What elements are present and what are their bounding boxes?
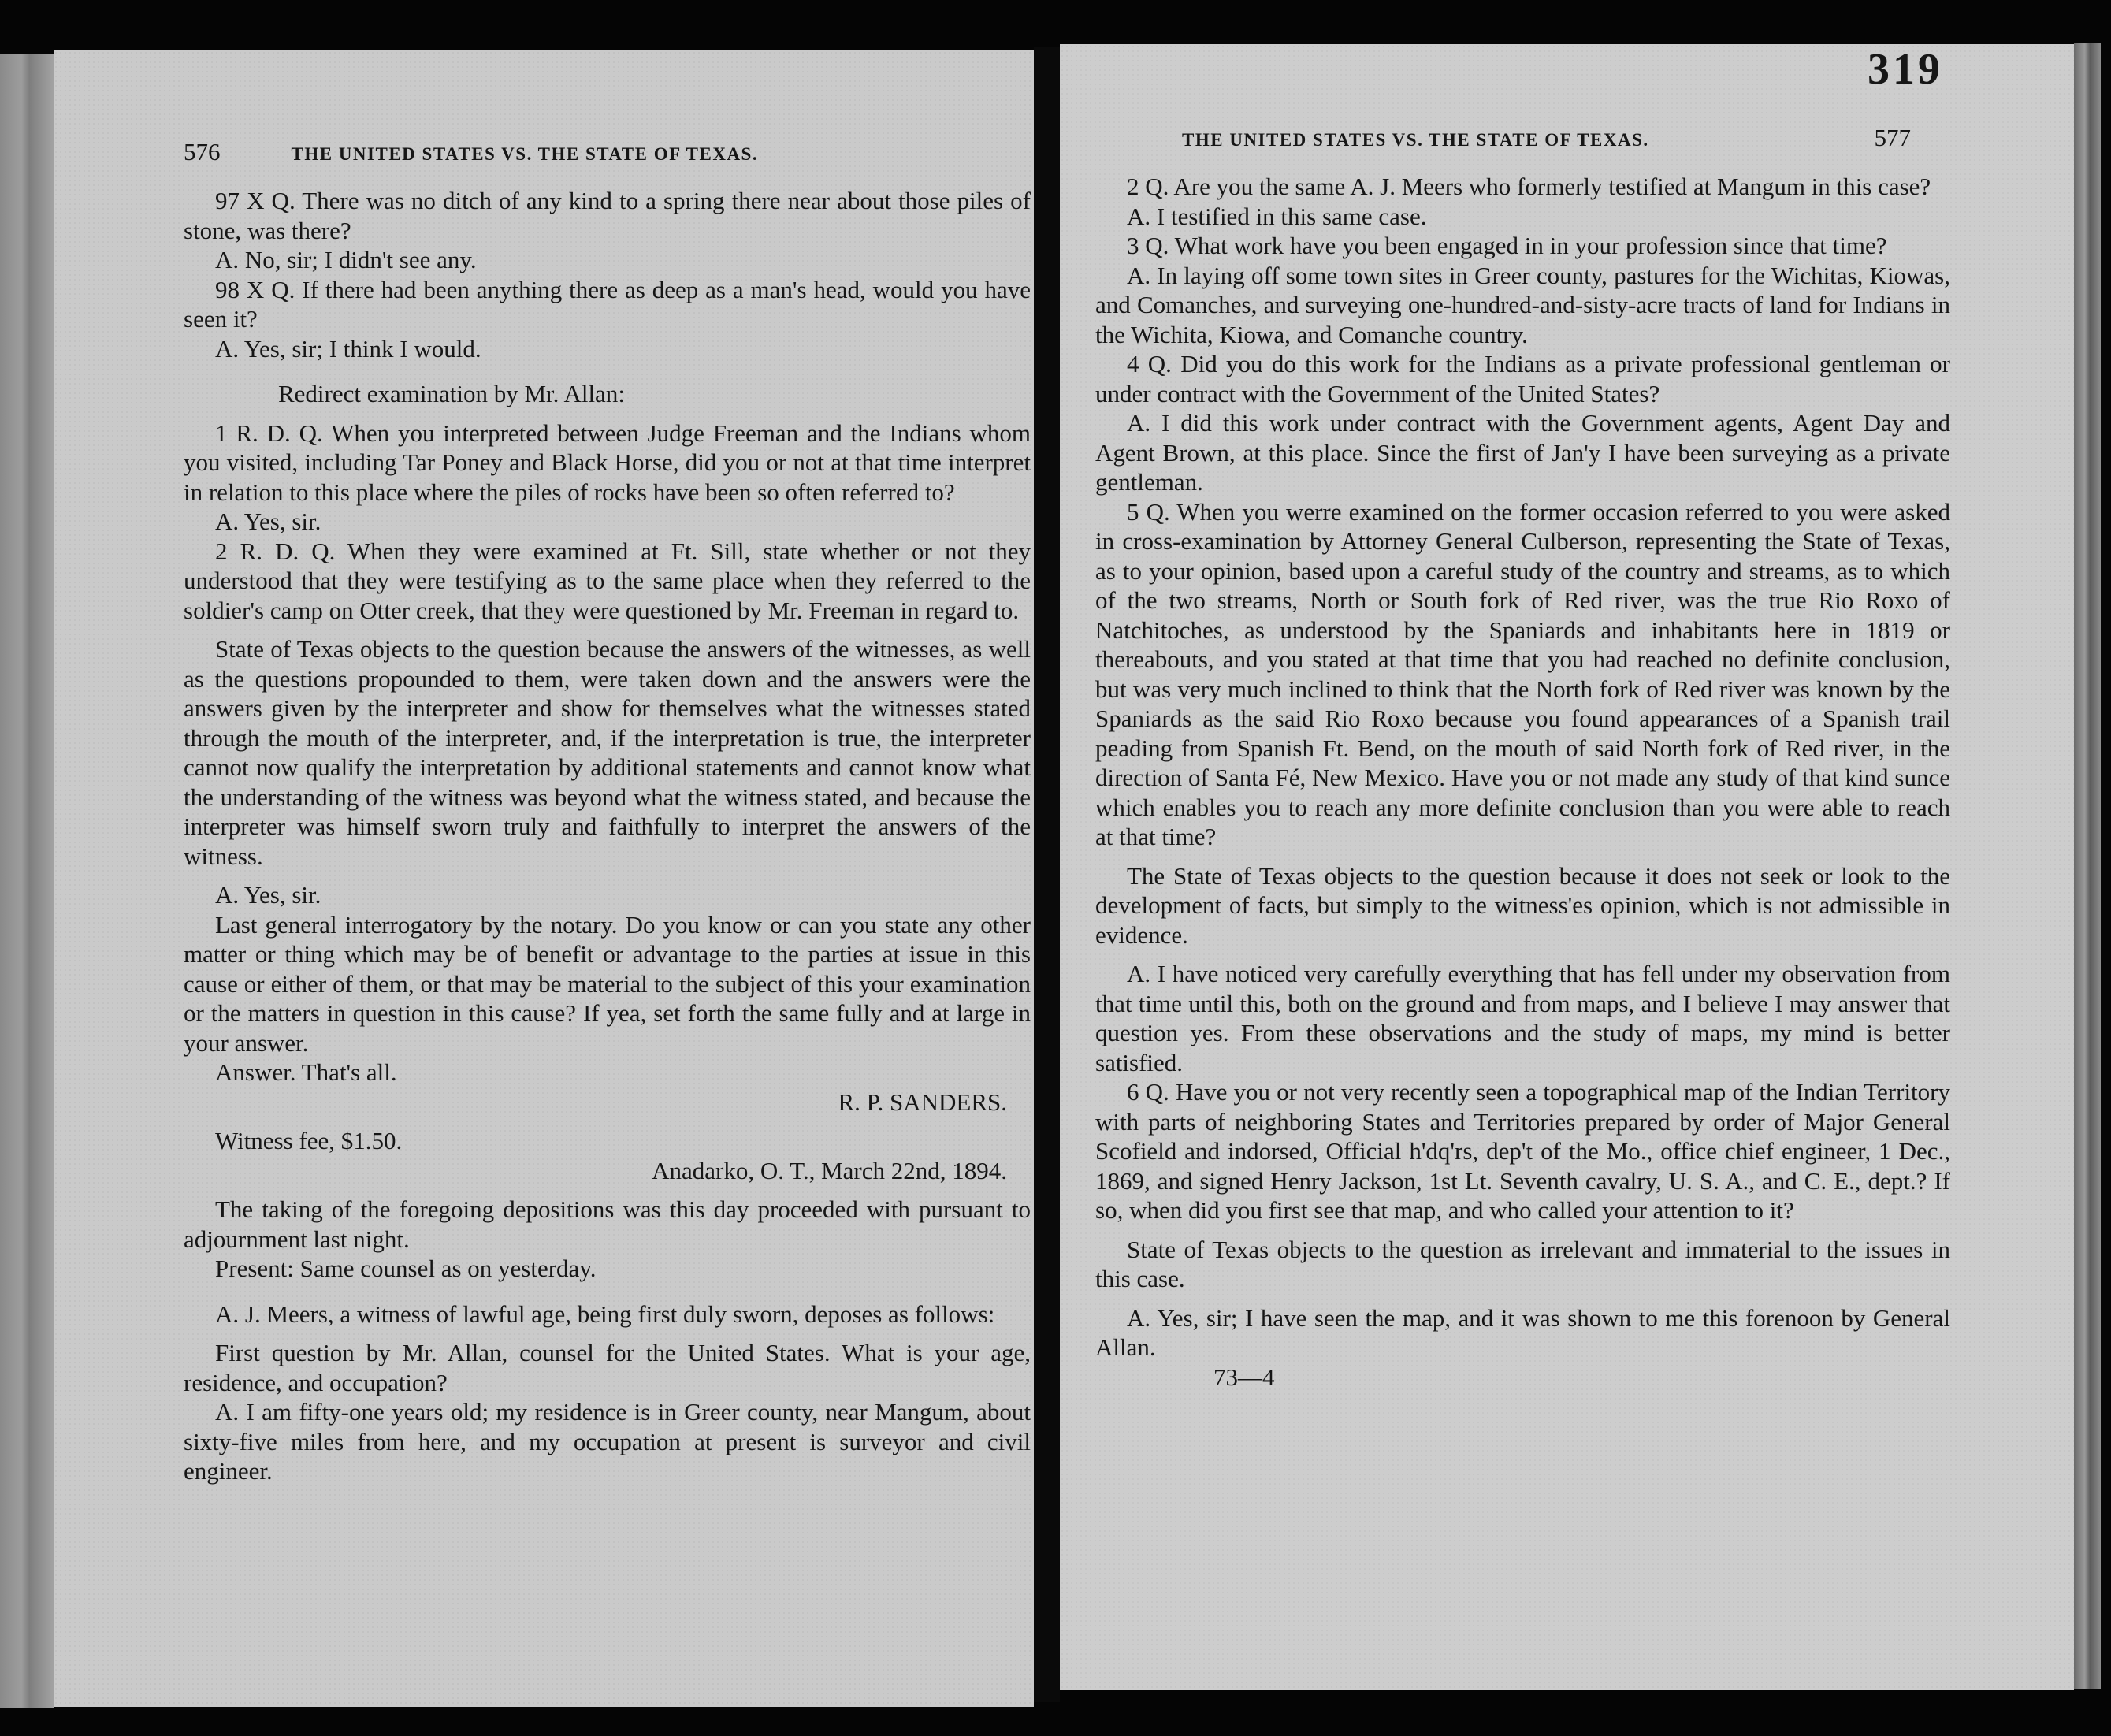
left-page-text: 576 THE UNITED STATES VS. THE STATE OF T… [184,137,1031,1486]
interrogatory: Last general interrogatory by the notary… [184,910,1031,1058]
page-number: 576 [184,137,221,167]
page-number: 577 [1875,123,1912,153]
answer: Answer. That's all. [184,1058,1031,1087]
right-page: 319 THE UNITED STATES VS. THE STATE OF T… [1060,44,2074,1690]
book-gutter [1034,47,1060,1702]
section-heading: Redirect examination by Mr. Allan: [184,379,1031,409]
dateline: Anadarko, O. T., March 22nd, 1894. [184,1156,1031,1186]
present-note: Present: Same counsel as on yesterday. [184,1254,1031,1284]
question: 2 R. D. Q. When they were examined at Ft… [184,537,1031,626]
question: 98 X Q. If there had been anything there… [184,275,1031,334]
book-page-edges-left [0,54,54,1708]
question: 2 Q. Are you the same A. J. Meers who fo… [1095,172,1950,202]
running-head-right: THE UNITED STATES VS. THE STATE OF TEXAS… [1095,123,1950,154]
question: 1 R. D. Q. When you interpreted between … [184,418,1031,507]
witness-signature: R. P. SANDERS. [184,1087,1031,1117]
answer: A. Yes, sir. [184,880,1031,910]
answer: A. No, sir; I didn't see any. [184,245,1031,275]
answer: A. Yes, sir. [184,507,1031,537]
answer: A. Yes, sir; I have seen the map, and it… [1095,1303,1950,1362]
running-head-title: THE UNITED STATES VS. THE STATE OF TEXAS… [1182,125,1649,155]
stamped-folio-number: 319 [1868,44,1943,95]
question: 97 X Q. There was no ditch of any kind t… [184,186,1031,245]
witness-intro: A. J. Meers, a witness of lawful age, be… [184,1299,1031,1329]
proceedings-note: The taking of the foregoing depositions … [184,1195,1031,1254]
question: 6 Q. Have you or not very recently seen … [1095,1077,1950,1225]
answer: A. I am fifty-one years old; my residenc… [184,1397,1031,1486]
question: 3 Q. What work have you been engaged in … [1095,231,1950,261]
objection: The State of Texas objects to the questi… [1095,861,1950,950]
witness-fee: Witness fee, $1.50. [184,1126,1031,1156]
running-head-title: THE UNITED STATES VS. THE STATE OF TEXAS… [292,139,759,169]
signature-mark: 73—4 [1095,1362,1950,1392]
book-page-edges-right [2074,43,2101,1689]
answer: A. I testified in this same case. [1095,202,1950,232]
question: 4 Q. Did you do this work for the Indian… [1095,349,1950,408]
answer: A. I did this work under contract with t… [1095,408,1950,497]
answer: A. Yes, sir; I think I would. [184,334,1031,364]
objection: State of Texas objects to the question b… [184,634,1031,871]
running-head-left: 576 THE UNITED STATES VS. THE STATE OF T… [184,137,1031,169]
left-page: 576 THE UNITED STATES VS. THE STATE OF T… [54,50,1034,1707]
question: 5 Q. When you werre examined on the form… [1095,497,1950,852]
question: First question by Mr. Allan, counsel for… [184,1338,1031,1397]
answer: A. In laying off some town sites in Gree… [1095,261,1950,350]
objection: State of Texas objects to the question a… [1095,1235,1950,1294]
answer: A. I have noticed very carefully everyth… [1095,959,1950,1077]
right-page-text: THE UNITED STATES VS. THE STATE OF TEXAS… [1095,123,1950,1392]
